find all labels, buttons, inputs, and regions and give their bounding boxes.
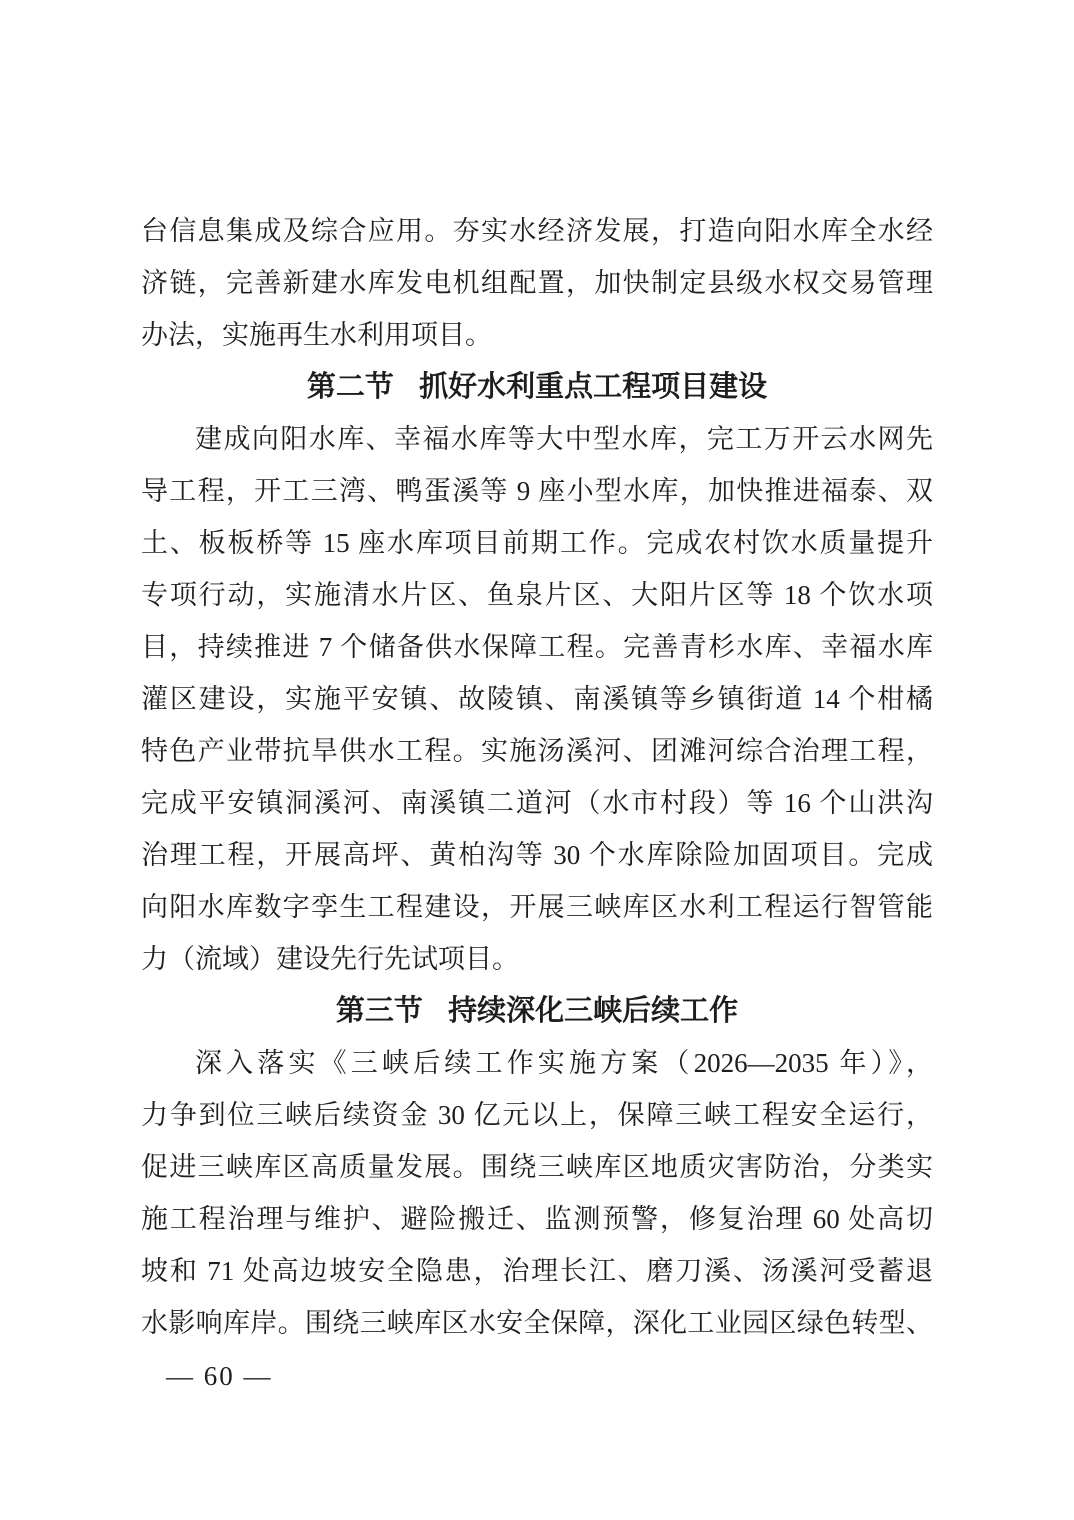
body-line: 坡和 71 处高边坡安全隐患，治理长江、磨刀溪、汤溪河受蓄退 — [141, 1245, 933, 1297]
body-line: 力争到位三峡后续资金 30 亿元以上，保障三峡工程安全运行， — [141, 1089, 933, 1141]
body-line: 水影响库岸。围绕三峡库区水安全保障，深化工业园区绿色转型、 — [141, 1297, 933, 1349]
document-page: 台信息集成及综合应用。夯实水经济发展，打造向阳水库全水经 济链，完善新建水库发电… — [0, 0, 1074, 1520]
body-line: 导工程，开工三湾、鸭蛋溪等 9 座小型水库，加快推进福泰、双 — [141, 465, 933, 517]
body-line: 土、板板桥等 15 座水库项目前期工作。完成农村饮水质量提升 — [141, 517, 933, 569]
body-line: 力（流域）建设先行先试项目。 — [141, 933, 933, 985]
body-line: 施工程治理与维护、避险搬迁、监测预警，修复治理 60 处高切 — [141, 1193, 933, 1245]
body-line: 目，持续推进 7 个储备供水保障工程。完善青杉水库、幸福水库 — [141, 621, 933, 673]
body-line: 特色产业带抗旱供水工程。实施汤溪河、团滩河综合治理工程， — [141, 725, 933, 777]
body-line: 向阳水库数字孪生工程建设，开展三峡库区水利工程运行智管能 — [141, 881, 933, 933]
body-line: 完成平安镇洞溪河、南溪镇二道河（水市村段）等 16 个山洪沟 — [141, 777, 933, 829]
body-line: 建成向阳水库、幸福水库等大中型水库，完工万开云水网先 — [141, 413, 933, 465]
page-body: 台信息集成及综合应用。夯实水经济发展，打造向阳水库全水经 济链，完善新建水库发电… — [141, 205, 933, 1349]
page-number: — 60 — — [166, 1356, 273, 1396]
section-3-heading: 第三节 持续深化三峡后续工作 — [141, 985, 933, 1037]
body-line: 台信息集成及综合应用。夯实水经济发展，打造向阳水库全水经 — [141, 205, 933, 257]
body-line: 深入落实《三峡后续工作实施方案（2026—2035 年）》， — [141, 1037, 933, 1089]
body-line: 专项行动，实施清水片区、鱼泉片区、大阳片区等 18 个饮水项 — [141, 569, 933, 621]
body-line: 促进三峡库区高质量发展。围绕三峡库区地质灾害防治，分类实 — [141, 1141, 933, 1193]
body-line: 办法，实施再生水利用项目。 — [141, 309, 933, 361]
body-line: 治理工程，开展高坪、黄柏沟等 30 个水库除险加固项目。完成 — [141, 829, 933, 881]
section-2-heading: 第二节 抓好水利重点工程项目建设 — [141, 361, 933, 413]
body-line: 灌区建设，实施平安镇、故陵镇、南溪镇等乡镇街道 14 个柑橘 — [141, 673, 933, 725]
body-line: 济链，完善新建水库发电机组配置，加快制定县级水权交易管理 — [141, 257, 933, 309]
